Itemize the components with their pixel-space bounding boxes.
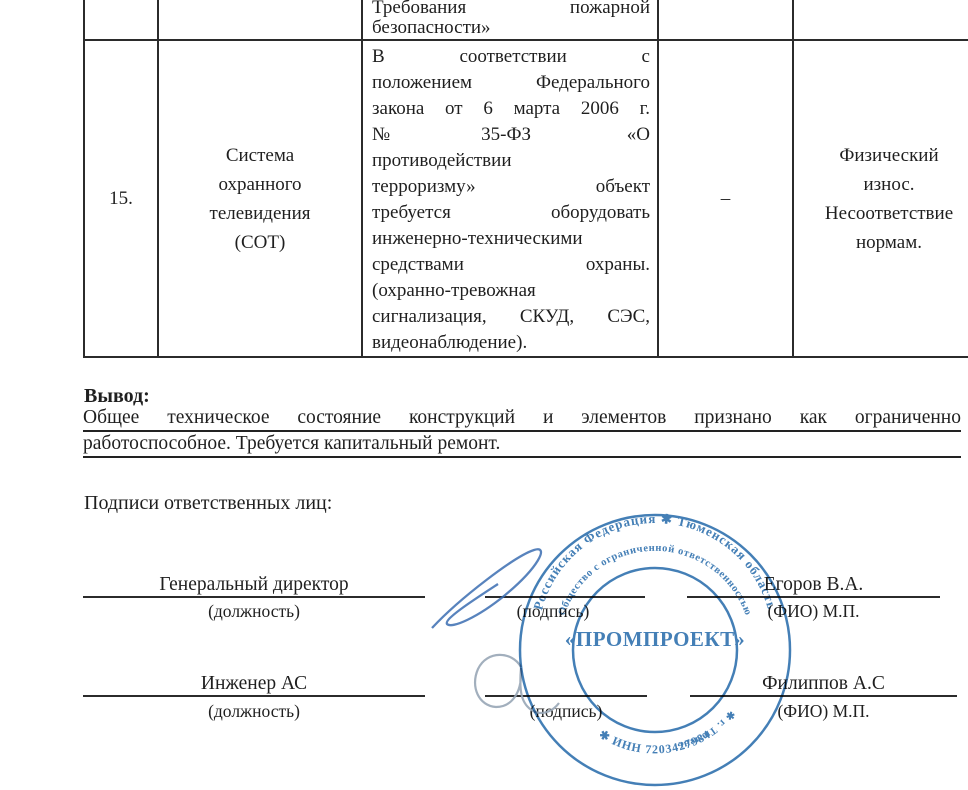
company-stamp: Российская Федерация ✱ Тюменская область… <box>515 510 795 719</box>
prev-desc-line: безопасности» <box>372 18 650 38</box>
desc-line: В соответствии с <box>372 44 650 70</box>
desc-line: инженерно-техническими <box>372 226 650 252</box>
conclusion-line-1: Общее техническое состояние конструкций … <box>83 406 961 432</box>
table-cell-system-name: Система охранного телевидения (СОТ) <box>159 41 363 358</box>
table-cell-prev-desc: Требования пожарной безопасности» <box>363 0 659 41</box>
table-cell-prev-num <box>85 0 159 41</box>
desc-line: (охранно-тревожная <box>372 278 650 304</box>
desc-line: противодействии <box>372 148 650 174</box>
desc-line: сигнализация, СКУД, СЭС, <box>372 304 650 330</box>
char-line: износ. <box>864 170 915 199</box>
system-name-line: Система <box>226 141 294 170</box>
char-line: Несоответствие <box>825 199 953 228</box>
table-cell-prev-char <box>794 0 968 41</box>
char-line: Физический <box>839 141 938 170</box>
system-name-line: (СОТ) <box>235 228 286 257</box>
position-label-2: (должность) <box>83 701 425 719</box>
signature-line-position-2 <box>83 695 425 697</box>
position-label-1: (должность) <box>83 601 425 622</box>
table-cell-prev-dash <box>659 0 794 41</box>
table-cell-dash: – <box>659 41 794 358</box>
table-cell-prev-name <box>159 0 363 41</box>
stamp-center-text: «ПРОМПРОЕКТ» <box>565 627 745 651</box>
desc-line: №35-ФЗ «О <box>372 122 650 148</box>
desc-line: требуется оборудовать <box>372 200 650 226</box>
assessment-table: Требования пожарной безопасности» 15. Си… <box>83 0 968 358</box>
table-cell-row-number: 15. <box>85 41 159 358</box>
table-cell-description: В соответствии с положением Федерального… <box>363 41 659 358</box>
conclusion-line-2: работоспособное. Требуется капитальный р… <box>83 432 961 458</box>
char-line: нормам. <box>856 228 922 257</box>
dash-value: – <box>721 184 731 213</box>
desc-line: положением Федерального <box>372 70 650 96</box>
prev-desc-line: Требования пожарной <box>372 0 650 18</box>
signature-line-position-1 <box>83 596 425 598</box>
table-cell-characteristic: Физический износ. Несоответствие нормам. <box>794 41 968 358</box>
desc-line: средствами охраны. <box>372 252 650 278</box>
system-name-line: телевидения <box>210 199 311 228</box>
system-name-line: охранного <box>218 170 301 199</box>
signatures-heading: Подписи ответственных лиц: <box>84 492 332 515</box>
signature-position-1: Генеральный директор <box>83 574 425 596</box>
desc-line: видеонаблюдение). <box>372 330 650 356</box>
row-number: 15. <box>109 184 133 213</box>
signature-position-2: Инженер АС <box>83 673 425 695</box>
conclusion-heading: Вывод: <box>84 385 150 408</box>
desc-line: закона от 6 марта 2006 г. <box>372 96 650 122</box>
desc-line: терроризму» объект <box>372 174 650 200</box>
